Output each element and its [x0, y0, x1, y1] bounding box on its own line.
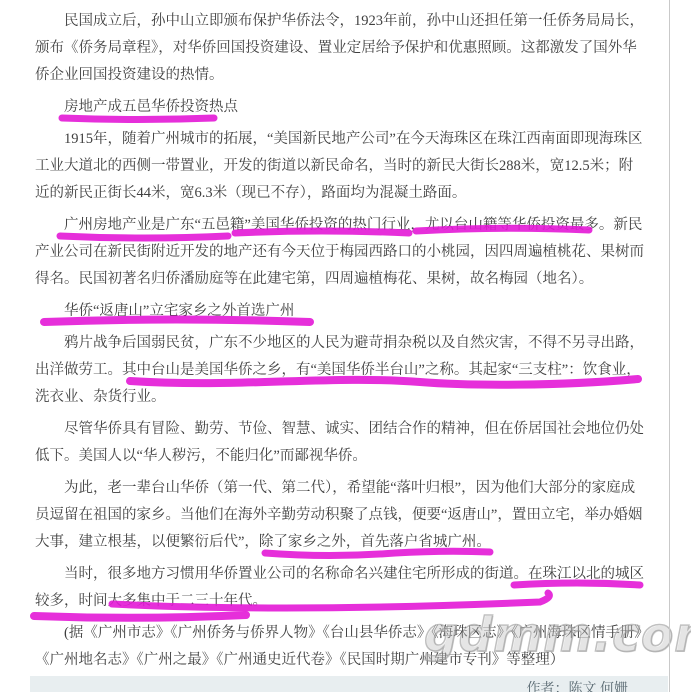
paragraph-older-generation: 为此，老一辈台山华侨（第一代、第二代），希望能“落叶归根”，因为他们大部分的家庭… [35, 475, 645, 556]
paragraph-spirit: 尽管华侨具有冒险、勤劳、节俭、智慧、诚实、团结合作的精神，但在侨居国社会地位仍处… [35, 416, 645, 470]
paragraph-intro: 民国成立后，孙中山立即颁布保护华侨法令，1923年前，孙中山还担任第一任侨务局局… [35, 8, 645, 89]
content-right-border [669, 0, 670, 692]
article-page: 民国成立后，孙中山立即颁布保护华侨法令，1923年前，孙中山还担任第一任侨务局局… [0, 0, 691, 692]
paragraph-sources-citation: (据《广州市志》《广州侨务与侨界人物》《台山县华侨志》《海珠区志》《广州海珠区情… [35, 620, 645, 674]
paragraph-guangzhou-realestate: 广州房地产业是广东“五邑籍”美国华侨投资的热门行业，尤以台山籍等华侨投资最多。新… [35, 212, 645, 293]
paragraph-opium-war: 鸦片战争后国弱民贫，广东不少地区的人民为避苛捐杂税以及自然灾害，不得不另寻出路，… [35, 330, 645, 411]
paragraph-1915: 1915年，随着广州城市的拓展，“美国新民地产公司”在今天海珠区在珠江西南面即现… [35, 126, 645, 207]
paragraph-street-naming: 当时，很多地方习惯用华侨置业公司的名称命名兴建住宅所形成的街道。在珠江以北的城区… [35, 561, 645, 615]
author-credit: 作者：陈文 何姗 [527, 678, 629, 692]
section-heading-real-estate: 房地产成五邑华侨投资热点 [35, 94, 645, 121]
article-body: 民国成立后，孙中山立即颁布保护华侨法令，1923年前，孙中山还担任第一任侨务局局… [0, 0, 691, 679]
footer-bar: 作者：陈文 何姗 [30, 676, 668, 692]
section-heading-return-tangshan: 华侨“返唐山”立宅家乡之外首选广州 [35, 298, 645, 325]
